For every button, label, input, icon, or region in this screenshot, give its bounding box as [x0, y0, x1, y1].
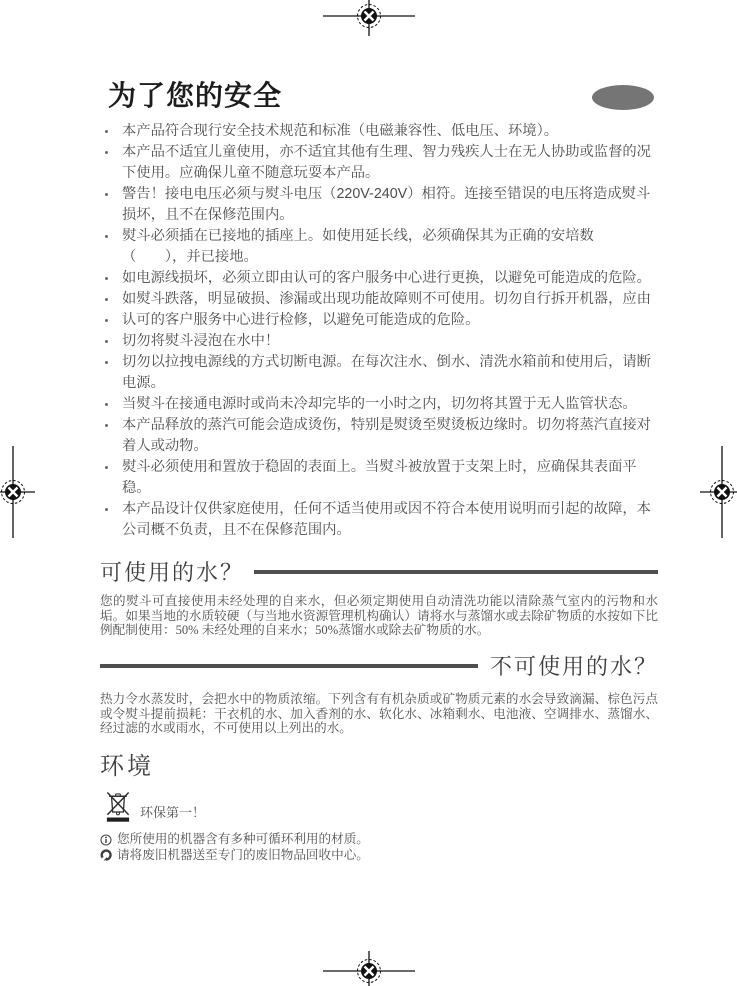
safety-item-text: 熨斗必须插在已接地的插座上。如使用延长线，必须确保其为正确的安培数（ ），并已接… — [122, 228, 594, 265]
bullet-dot-icon — [105, 403, 108, 406]
safety-item: 本产品设计仅供家庭使用，任何不适当使用或因不符合本使用说明而引起的故障，本公司概… — [98, 499, 654, 541]
bullet-dot-icon — [105, 193, 108, 196]
safety-list: 本产品符合现行安全技术规范和标准（电磁兼容性、低电压、环境）。 本产品不适宜儿童… — [98, 121, 654, 541]
safety-item-text: 切勿以拉拽电源线的方式切断电源。在每次注水、倒水、清洗水箱前和使用后，请断电源。 — [122, 354, 651, 391]
usable-water-body: 您的熨斗可直接使用未经处理的自来水，但必须定期使用自动清洗功能以清除蒸气室内的污… — [100, 594, 658, 638]
unusable-water-body: 热力令水蒸发时，会把水中的物质浓缩。下列含有有机杂质或矿物质元素的水会导致滴漏、… — [100, 692, 658, 736]
safety-item: 切勿将熨斗浸泡在水中！ — [98, 331, 654, 352]
heading-rule — [254, 570, 658, 574]
safety-item: 熨斗必须插在已接地的插座上。如使用延长线，必须确保其为正确的安培数（ ），并已接… — [98, 226, 654, 268]
weee-bin-icon — [104, 787, 132, 824]
environment-eco-row: 环保第一！ — [104, 787, 658, 824]
bullet-dot-icon — [105, 298, 108, 301]
safety-item: 认可的客户服务中心进行检修，以避免可能造成的危险。 — [98, 310, 654, 331]
safety-item: 本产品符合现行安全技术规范和标准（电磁兼容性、低电压、环境）。 — [98, 121, 654, 142]
manual-page: 为了您的安全 本产品符合现行安全技术规范和标准（电磁兼容性、低电压、环境）。 本… — [0, 0, 737, 986]
environment-item-text: 请将废旧机器送至专门的废旧物品回收中心。 — [117, 848, 369, 864]
page-title: 为了您的安全 — [108, 74, 282, 114]
unusable-water-heading-row: 不可使用的水？ — [100, 650, 658, 681]
bullet-dot-icon — [105, 235, 108, 238]
safety-item-text: 本产品设计仅供家庭使用，任何不适当使用或因不符合本使用说明而引起的故障，本公司概… — [122, 501, 651, 538]
eco-first-slogan: 环保第一！ — [140, 802, 205, 821]
safety-item: 切勿以拉拽电源线的方式切断电源。在每次注水、倒水、清洗水箱前和使用后，请断电源。 — [98, 352, 654, 394]
bullet-dot-icon — [105, 508, 108, 511]
registration-mark-icon — [0, 446, 35, 538]
environment-title: 环境 — [100, 746, 658, 781]
environment-item-text: 您所使用的机器含有多种可循环利用的材质。 — [117, 832, 369, 848]
safety-item: 警告！接电电压必须与熨斗电压（220V-240V）相符。连接至错误的电压将造成熨… — [98, 184, 654, 226]
safety-item-text: 当熨斗在接通电源时或尚未冷却完毕的一小时之内，切勿将其置于无人监管状态。 — [122, 396, 637, 412]
bullet-dot-icon — [105, 130, 108, 133]
safety-item-text: 如熨斗跌落，明显破损、渗漏或出现功能故障则不可使用。切勿自行拆开机器，应由 — [122, 291, 651, 307]
registration-mark-icon — [323, 951, 415, 986]
registration-mark-icon — [700, 446, 737, 538]
unusable-water-title: 不可使用的水？ — [490, 650, 658, 681]
bullet-dot-icon — [105, 277, 108, 280]
bullet-dot-icon — [105, 151, 108, 154]
safety-item-text: 切勿将熨斗浸泡在水中！ — [122, 333, 279, 349]
bullet-dot-icon — [105, 361, 108, 364]
usable-water-title: 可使用的水？ — [100, 556, 244, 587]
info-circle-icon — [100, 834, 112, 846]
environment-item: 您所使用的机器含有多种可循环利用的材质。 — [100, 832, 658, 848]
section-environment: 环境 环保第一！ — [100, 746, 658, 863]
bullet-dot-icon — [105, 424, 108, 427]
safety-item: 如电源线损坏，必须立即由认可的客户服务中心进行更换，以避免可能造成的危险。 — [98, 268, 654, 289]
safety-item: 熨斗必须使用和置放于稳固的表面上。当熨斗被放置于支架上时，应确保其表面平稳。 — [98, 457, 654, 499]
language-badge-oval — [592, 85, 654, 110]
bullet-dot-icon — [105, 340, 108, 343]
environment-item: 请将废旧机器送至专门的废旧物品回收中心。 — [100, 848, 658, 864]
usable-water-heading-row: 可使用的水？ — [100, 556, 658, 587]
bullet-dot-icon — [105, 466, 108, 469]
heading-rule — [100, 664, 478, 668]
environment-items: 您所使用的机器含有多种可循环利用的材质。 请将废旧机器送至专门的废旧物品回收中心… — [100, 832, 658, 863]
safety-item: 本产品不适宜儿童使用，亦不适宜其他有生理、智力残疾人士在无人协助或监督的况下使用… — [98, 142, 654, 184]
section-unusable-water: 不可使用的水？ 热力令水蒸发时，会把水中的物质浓缩。下列含有有机杂质或矿物质元素… — [100, 650, 658, 736]
registration-mark-icon — [323, 0, 415, 36]
safety-item-text: 熨斗必须使用和置放于稳固的表面上。当熨斗被放置于支架上时，应确保其表面平稳。 — [122, 459, 637, 496]
safety-item: 如熨斗跌落，明显破损、渗漏或出现功能故障则不可使用。切勿自行拆开机器，应由 — [98, 289, 654, 310]
safety-item-text: 警告！接电电压必须与熨斗电压（220V-240V）相符。连接至错误的电压将造成熨… — [122, 186, 650, 223]
safety-item: 本产品释放的蒸汽可能会造成烫伤，特别是熨烫至熨烫板边缘时。切勿将蒸汽直接对着人或… — [98, 415, 654, 457]
section-usable-water: 可使用的水？ 您的熨斗可直接使用未经处理的自来水，但必须定期使用自动清洗功能以清… — [100, 556, 658, 638]
return-arrow-icon — [100, 849, 112, 861]
safety-item-text: 本产品符合现行安全技术规范和标准（电磁兼容性、低电压、环境）。 — [122, 123, 558, 139]
safety-item-text: 本产品释放的蒸汽可能会造成烫伤，特别是熨烫至熨烫板边缘时。切勿将蒸汽直接对着人或… — [122, 417, 651, 454]
safety-item-text: 认可的客户服务中心进行检修，以避免可能造成的危险。 — [122, 312, 479, 328]
safety-item-text: 如电源线损坏，必须立即由认可的客户服务中心进行更换，以避免可能造成的危险。 — [122, 270, 651, 286]
bullet-dot-icon — [105, 319, 108, 322]
safety-item-text: 本产品不适宜儿童使用，亦不适宜其他有生理、智力残疾人士在无人协助或监督的况下使用… — [122, 144, 651, 181]
safety-item: 当熨斗在接通电源时或尚未冷却完毕的一小时之内，切勿将其置于无人监管状态。 — [98, 394, 654, 415]
